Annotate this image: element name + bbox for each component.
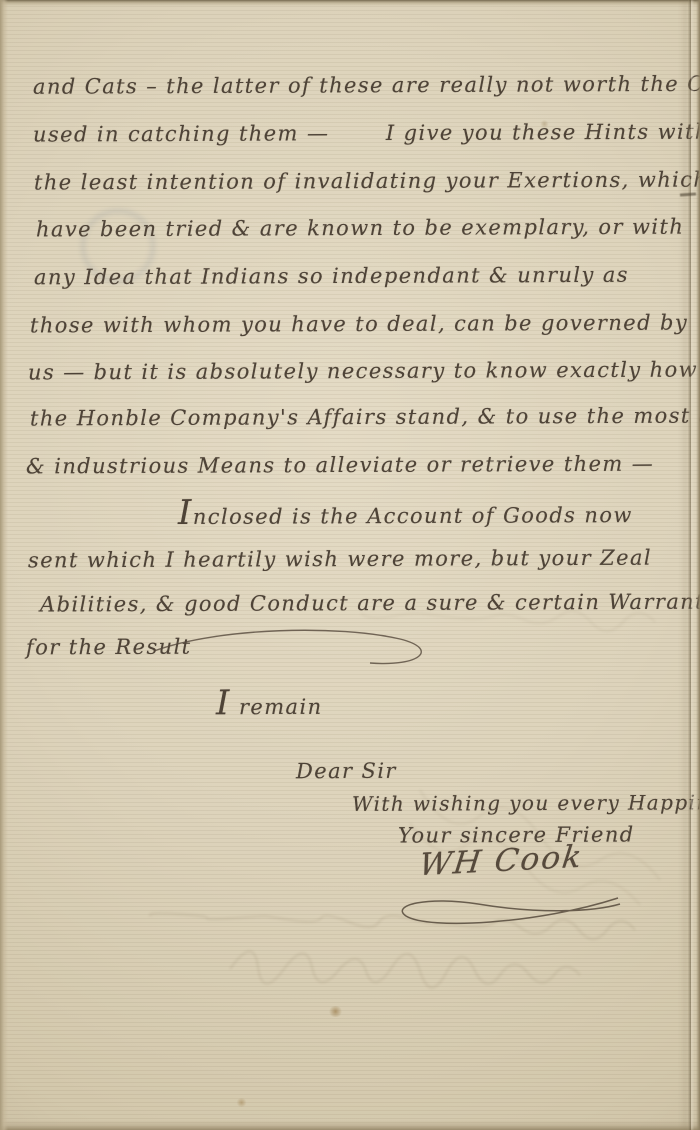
closing-remain: I remain (216, 688, 323, 722)
letter-line-13: for the Result (26, 632, 192, 663)
letter-line-11: sent which I heartily wish were more, bu… (28, 543, 652, 576)
paper-stain (328, 1006, 343, 1017)
letter-line-9: & industrious Means to alleviate or retr… (26, 449, 654, 482)
closing-wish: With wishing you every Happiness (352, 787, 700, 819)
closing-salutation: Dear Sir (296, 756, 397, 786)
page-edge-top (0, 0, 700, 6)
letter-line-1: and Cats – the latter of these are reall… (33, 68, 700, 101)
letter-line-10: Inclosed is the Account of Goods now (178, 496, 633, 532)
signature: WH Cook (418, 842, 586, 880)
letter-line-2: used in catching them — I give you these… (33, 116, 700, 149)
letter-line-6: those with whom you have to deal, can be… (30, 308, 688, 341)
bleed-through-writing (40, 905, 640, 1015)
letter-line-3: the least intention of invalidating your… (34, 165, 700, 198)
letter-line-8: the Honble Company's Affairs stand, & to… (30, 401, 700, 434)
pen-flourish (150, 625, 450, 670)
page-edge-left (0, 0, 8, 1130)
letter-line-4: have been tried & are known to be exempl… (36, 212, 684, 245)
letter-line-5: any Idea that Indians so independant & u… (34, 260, 629, 293)
letter-line-7: us — but it is absolutely necessary to k… (28, 355, 698, 388)
letter-line-12: Abilities, & good Conduct are a sure & c… (40, 586, 700, 619)
signature-flourish (388, 890, 628, 935)
paper-stain (236, 1098, 247, 1107)
page-edge-right (696, 0, 700, 1130)
page-edge-notch (680, 192, 696, 196)
letter-page: and Cats – the latter of these are reall… (0, 0, 700, 1130)
page-crease-right (688, 0, 691, 1130)
page-edge-bottom (0, 1120, 700, 1130)
